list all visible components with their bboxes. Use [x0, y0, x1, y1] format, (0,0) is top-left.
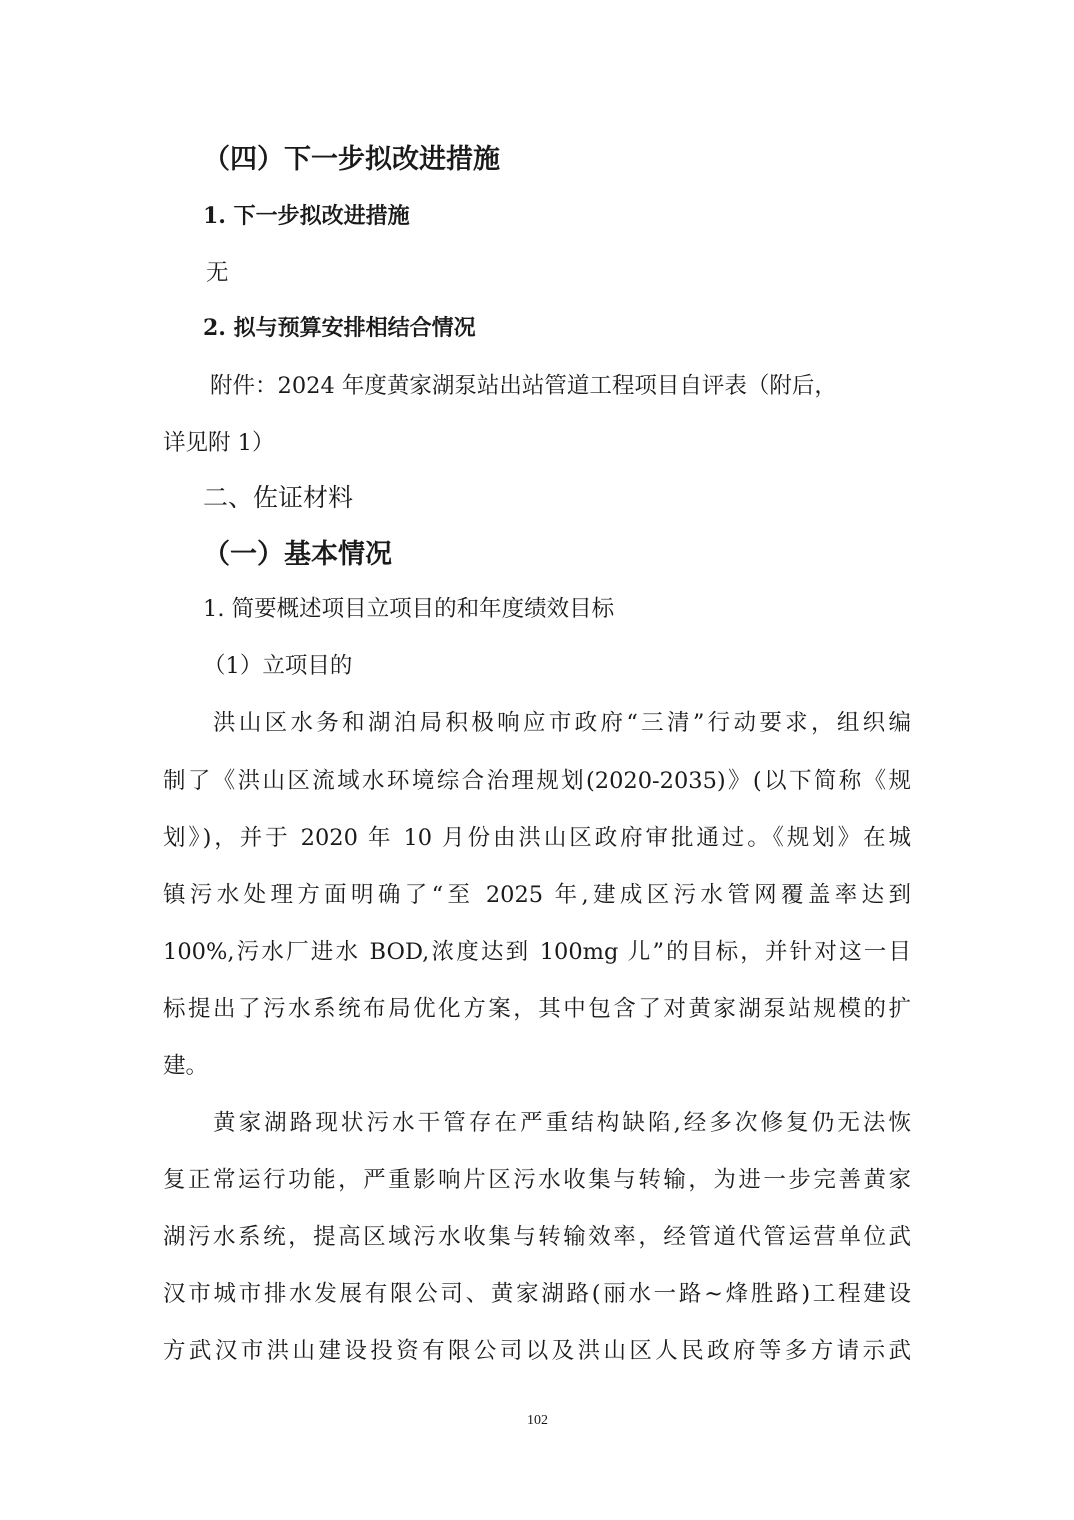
- paragraph-line: 洪山区水务和湖泊局积极响应市政府“三清”行动要求，组织编: [213, 712, 911, 735]
- item-text-none: 无: [206, 262, 229, 285]
- paragraph-line: 复正常运行功能，严重影响片区污水收集与转输，为进一步完善黄家: [163, 1169, 911, 1192]
- part-heading-evidence: 二、佐证材料: [203, 485, 353, 510]
- paragraph-line: 黄家湖路现状污水干管存在严重结构缺陷,经多次修复仍无法恢: [213, 1112, 911, 1135]
- item-heading-overview: 1. 简要概述项目立项目的和年度绩效目标: [203, 598, 614, 621]
- attachment-line-1: 附件：2024 年度黄家湖泵站出站管道工程项目自评表（附后，: [210, 375, 837, 398]
- paragraph-line: 镇污水处理方面明确了“至 2025 年,建成区污水管网覆盖率达到: [163, 884, 911, 907]
- item-heading-budget: 2. 拟与预算安排相结合情况: [203, 317, 476, 339]
- page-number: 102: [527, 1414, 548, 1428]
- paragraph-line: 建。: [163, 1055, 208, 1078]
- paragraph-line: 标提出了污水系统布局优化方案，其中包含了对黄家湖泵站规模的扩: [163, 998, 911, 1021]
- paragraph-line: 制了《洪山区流域水环境综合治理规划(2020-2035)》(以下简称《规: [163, 770, 911, 793]
- section-heading-basic-info: （一）基本情况: [203, 541, 392, 568]
- section-heading-4: （四）下一步拟改进措施: [203, 146, 500, 173]
- item-subheading-purpose: （1）立项目的: [203, 655, 352, 678]
- paragraph-line: 方武汉市洪山建设投资有限公司以及洪山区人民政府等多方请示武: [163, 1340, 911, 1363]
- paragraph-line: 划》)，并于 2020 年 10 月份由洪山区政府审批通过。《规划》在城: [163, 827, 911, 850]
- paragraph-line: 汉市城市排水发展有限公司、黄家湖路(丽水一路~烽胜路)工程建设: [163, 1283, 911, 1306]
- paragraph-line: 100%,污水厂进水 BOD,浓度达到 100mg 儿”的目标，并针对这一目: [163, 941, 911, 964]
- attachment-line-2: 详见附 1）: [163, 432, 274, 455]
- paragraph-line: 湖污水系统，提高区域污水收集与转输效率，经管道代管运营单位武: [163, 1226, 911, 1249]
- item-heading-improvement: 1. 下一步拟改进措施: [203, 205, 410, 227]
